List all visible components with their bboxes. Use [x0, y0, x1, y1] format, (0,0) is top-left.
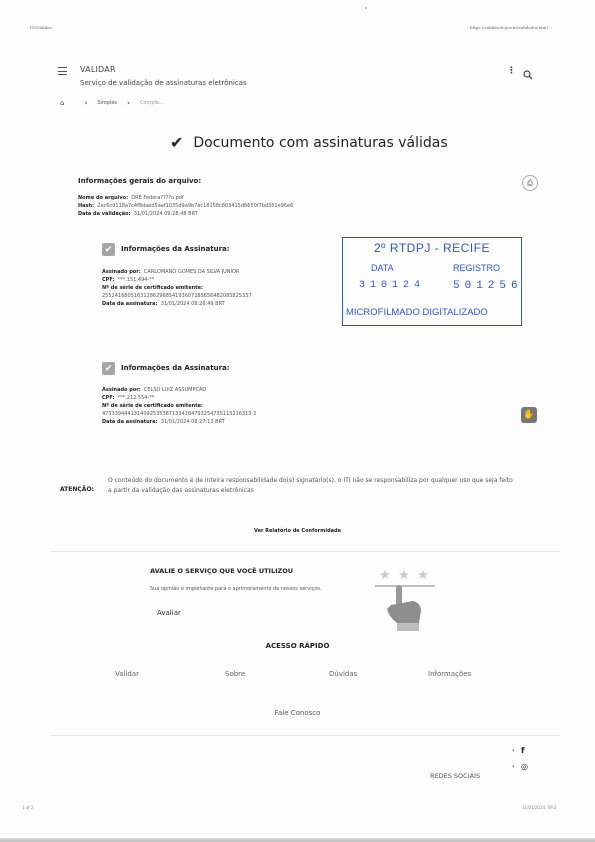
rate-button[interactable]: Avaliar: [157, 609, 181, 617]
field-label: Nome do arquivo:: [78, 195, 128, 201]
field-label: Data da validação:: [78, 211, 131, 217]
print-footer-date: 31/01/2024, 09:2: [522, 805, 557, 810]
stamp-data-label: DATA: [371, 263, 394, 273]
vlibras-hands-icon: ✋: [523, 410, 534, 420]
breadcrumb-item-current: Comple...: [140, 100, 164, 106]
certificate-serial: 2552416805163128629685419360728565648208…: [102, 293, 252, 299]
attention-label: ATENÇÃO:: [60, 486, 94, 493]
divider: [50, 735, 560, 736]
signer-name: CELSO LUIZ ASSUMPCAO: [144, 387, 206, 393]
field-label: Data da assinatura:: [102, 419, 158, 425]
field-label: CPF:: [102, 277, 114, 283]
app-subtitle: Serviço de validação de assinaturas elet…: [80, 79, 247, 87]
rating-text: Sua opinião é importante para o aprimora…: [150, 586, 322, 592]
instagram-icon[interactable]: ◎: [521, 762, 528, 771]
signer-cpf: ***.212.554-**: [118, 395, 155, 401]
social-label: REDES SOCIAIS: [430, 772, 480, 780]
bullet: •: [512, 764, 515, 770]
rating-title: AVALIE O SERVIÇO QUE VOCÊ UTILIZOU: [150, 567, 293, 575]
attention-text: O conteúdo do documento é de inteira res…: [108, 476, 518, 496]
social-item-instagram[interactable]: •◎: [512, 762, 528, 771]
quick-link-validar[interactable]: Validar: [115, 670, 139, 678]
file-name: DRE Federa????o.pdf: [131, 195, 183, 201]
svg-text:★: ★: [417, 568, 429, 583]
file-info-fields: Nome do arquivo: DRE Federa????o.pdf Has…: [78, 194, 293, 218]
page-edge: [0, 838, 595, 842]
stamp-title: 2º RTDPJ - RECIFE: [343, 241, 521, 255]
signature-date: 31/01/2024 08:27:13 BRT: [161, 419, 225, 425]
field-label: Nº de série de certificado emitente:: [102, 403, 203, 409]
signature-title: Informações da Assinatura:: [121, 245, 321, 253]
status-title: Documento com assinaturas válidas: [193, 135, 447, 151]
validation-status: ✔ Documento com assinaturas válidas: [170, 133, 448, 152]
stamp-registro-label: REGISTRO: [453, 263, 500, 273]
chevron-right-icon: ›: [84, 99, 87, 107]
field-label: Nº de série de certificado emitente:: [102, 285, 203, 291]
checkmark-icon: ✔: [170, 133, 183, 152]
print-header-url: https://validar.iti.gov.br/validador.htm…: [470, 25, 548, 30]
field-label: Hash:: [78, 203, 94, 209]
stamp-data-value: 310124: [359, 280, 425, 291]
checkbox-checked-icon: ✔: [102, 362, 115, 375]
stamp-footer: MICROFILMADO DIGITALIZADO: [346, 307, 488, 318]
breadcrumb-item-simples[interactable]: Simples: [97, 100, 117, 106]
quick-link-sobre[interactable]: Sobre: [225, 670, 245, 678]
rating-stars-hand-icon: ★ ★ ★: [375, 565, 435, 635]
bullet: •: [512, 748, 515, 754]
chevron-right-icon: ›: [127, 99, 130, 107]
validation-date: 31/01/2024 09:28:48 BRT: [134, 211, 198, 217]
signature-fields: Assinado por: CARLOMANO GOMES DA SILVA J…: [102, 268, 342, 308]
printer-icon: ⎙: [527, 179, 533, 188]
search-icon[interactable]: [523, 65, 533, 75]
facebook-icon[interactable]: f: [521, 746, 524, 755]
field-label: CPF:: [102, 395, 114, 401]
svg-text:★: ★: [398, 568, 410, 583]
kebab-menu-icon[interactable]: ⋮: [507, 66, 516, 76]
accessibility-button[interactable]: ✋: [521, 407, 537, 423]
certificate-serial: 4733394441314092535387133428479325473511…: [102, 411, 256, 417]
field-label: Assinado por:: [102, 387, 141, 393]
stamp-registro-value: 501256: [453, 280, 523, 292]
file-info-title: Informações gerais do arquivo:: [78, 177, 201, 185]
hamburger-menu-icon[interactable]: [58, 67, 67, 75]
conformity-report-link[interactable]: Ver Relatório de Conformidade: [0, 528, 595, 534]
field-label: Data da assinatura:: [102, 301, 158, 307]
conformity-report-label[interactable]: Ver Relatório de Conformidade: [254, 528, 341, 534]
checkbox-checked-icon: ✔: [102, 243, 115, 256]
signature-title: Informações da Assinatura:: [121, 364, 321, 372]
contact-link[interactable]: Fale Conosco: [0, 709, 595, 717]
signer-name: CARLOMANO GOMES DA SILVA JUNIOR: [144, 269, 240, 275]
social-item-facebook[interactable]: •f: [512, 746, 524, 755]
app-title: VALIDAR: [80, 65, 116, 74]
signature-fields: Assinado por: CELSO LUIZ ASSUMPCAO CPF: …: [102, 386, 342, 426]
field-label: Assinado por:: [102, 269, 141, 275]
quick-link-duvidas[interactable]: Dúvidas: [329, 670, 357, 678]
print-button[interactable]: ⎙: [522, 175, 538, 191]
registry-stamp: 2º RTDPJ - RECIFE DATA REGISTRO 310124 5…: [342, 237, 522, 326]
home-icon[interactable]: ⌂: [60, 99, 64, 107]
print-header-left: ITI/Validar: [30, 25, 52, 30]
signer-cpf: ***.151.494-**: [118, 277, 155, 283]
contact-label[interactable]: Fale Conosco: [275, 709, 321, 717]
signature-date: 31/01/2024 08:26:49 BRT: [161, 301, 225, 307]
quick-access-title: ACESSO RÁPIDO: [0, 642, 595, 650]
svg-text:★: ★: [379, 568, 391, 583]
divider: [50, 551, 560, 552]
quick-link-informacoes[interactable]: Informações: [428, 670, 471, 678]
print-footer-page: 1 of 2: [22, 805, 34, 810]
file-hash: 2ec6cd118a7c4f8daed5aef1035d9a9b7ac18158…: [97, 203, 293, 209]
scan-artifact: [365, 7, 367, 9]
breadcrumb: ⌂ › Simples › Comple...: [60, 99, 164, 107]
